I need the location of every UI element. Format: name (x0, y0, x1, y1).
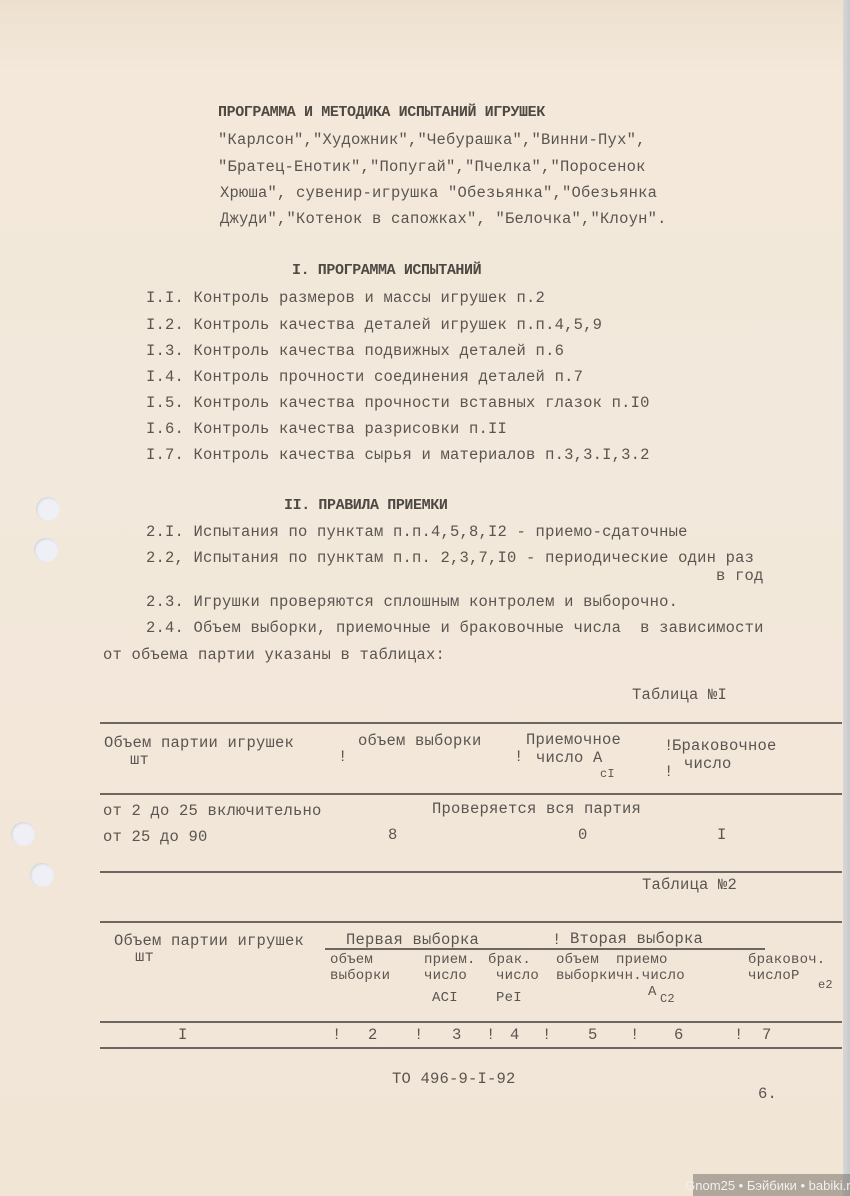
table-header-subcell: A (648, 984, 657, 1000)
table-header-group: Вторая выборка (570, 930, 703, 948)
section-heading: II. ПРАВИЛА ПРИЕМКИ (284, 497, 447, 514)
table-header-subcell: выборки (330, 968, 390, 984)
page-edge (843, 0, 850, 1196)
table-header-cell: шт (135, 948, 154, 966)
table-rule (100, 793, 842, 795)
table-header-subcell: PeI (496, 990, 522, 1006)
section-heading: I. ПРОГРАММА ИСПЫТАНИЙ (292, 262, 481, 279)
table-header-cell: число А (536, 749, 603, 767)
table-separator: ! (514, 748, 524, 766)
column-number: 5 (588, 1026, 598, 1044)
rule-item: 2.3. Игрушки проверяются сплошным контро… (146, 593, 678, 611)
rule-item-continuation: в год (716, 567, 764, 585)
program-item: I.3. Контроль качества подвижных деталей… (146, 342, 564, 360)
table-header-subcell: брак. (488, 952, 531, 968)
table-separator: ! (332, 1026, 342, 1044)
table-header-subcell: приемо (616, 952, 668, 968)
table-rule (100, 722, 842, 724)
table-cell: I (717, 826, 727, 844)
table-caption: Таблица №2 (642, 876, 737, 894)
program-item: I.6. Контроль качества разрисовки п.II (146, 420, 507, 438)
program-item: I.7. Контроль качества сырья и материало… (146, 446, 650, 464)
table-separator: ! (542, 1026, 552, 1044)
toy-list-line: "Братец-Енотик","Попугай","Пчелка","Поро… (218, 158, 646, 176)
table-header-subscript: C2 (660, 992, 675, 1006)
table-header-subcell: ACI (432, 990, 458, 1006)
table-header-subscript: e2 (818, 978, 833, 992)
punch-hole (30, 863, 54, 887)
table-header-subcell: объем (330, 952, 373, 968)
table-cell: от 2 до 25 включительно (103, 802, 322, 820)
column-number: 3 (452, 1026, 462, 1044)
table-rule (100, 921, 842, 923)
table-header-subcell: число (424, 968, 467, 984)
document-code: ТО 496-9-I-92 (392, 1070, 516, 1088)
table-rule (325, 948, 765, 950)
table-separator: ! (414, 1026, 424, 1044)
punch-hole (34, 538, 58, 562)
page-number: 6. (758, 1085, 777, 1103)
table-cell: Проверяется вся партия (432, 800, 641, 818)
column-number: 2 (368, 1026, 378, 1044)
table-rule (100, 1021, 842, 1023)
table-header-subcell: число (496, 968, 539, 984)
program-item: I.4. Контроль прочности соединения детал… (146, 368, 583, 386)
table-rule (100, 1047, 842, 1049)
table-header-subcell: браковоч. (748, 952, 825, 968)
table-header-subcell: числоP (748, 968, 800, 984)
program-item: I.5. Контроль качества прочности вставны… (146, 394, 650, 412)
table-separator: ! (664, 763, 674, 781)
column-number: 4 (510, 1026, 520, 1044)
rule-item: 2.2, Испытания по пунктам п.п. 2,3,7,I0 … (146, 549, 754, 567)
rule-item: 2.4. Объем выборки, приемочные и браково… (146, 619, 764, 637)
document-title: ПРОГРАММА И МЕТОДИКА ИСПЫТАНИЙ ИГРУШЕК (218, 104, 545, 121)
table-cell: 0 (578, 826, 588, 844)
table-separator: ! (630, 1026, 640, 1044)
toy-list-line: "Карлсон","Художник","Чебурашка","Винни-… (218, 131, 646, 149)
table-header-subscript: cI (600, 767, 615, 781)
column-number: 7 (762, 1026, 772, 1044)
program-item: I.I. Контроль размеров и массы игрушек п… (146, 289, 545, 307)
table-header-subcell: объем (556, 952, 599, 968)
table-header-subcell: чн.число (616, 968, 685, 984)
table-cell: от 25 до 90 (103, 828, 208, 846)
rule-item: от объема партии указаны в таблицах: (103, 646, 445, 664)
table-header-cell: число (684, 755, 732, 773)
table-separator: ! (338, 748, 348, 766)
column-number: 6 (674, 1026, 684, 1044)
program-item: I.2. Контроль качества деталей игрушек п… (146, 316, 602, 334)
table-header-group: Первая выборка (346, 931, 479, 949)
table-header-subcell: выборки (556, 968, 616, 984)
table-rule (100, 871, 842, 873)
table-cell: 8 (388, 826, 398, 844)
table-header-subcell: прием. (424, 952, 476, 968)
rule-item: 2.I. Испытания по пунктам п.п.4,5,8,I2 -… (146, 523, 688, 541)
table-separator: ! (552, 931, 562, 949)
table-caption: Таблица №I (632, 686, 727, 704)
table-header-cell: Объем партии игрушек (104, 734, 294, 752)
punch-hole (36, 497, 60, 521)
watermark: Gnom25 • Бэйбики • babiki.ru (693, 1174, 850, 1196)
column-number: I (178, 1026, 188, 1044)
toy-list-line: Джуди","Котенок в сапожках", "Белочка","… (220, 210, 667, 228)
table-header-cell: Браковочное (672, 737, 777, 755)
table-header-cell: Приемочное (526, 731, 621, 749)
table-separator: ! (734, 1026, 744, 1044)
table-header-cell: объем выборки (358, 732, 482, 750)
table-separator: ! (486, 1026, 496, 1044)
toy-list-line: Хрюша", сувенир-игрушка "Обезьянка","Обе… (220, 184, 657, 202)
table-header-cell: шт (130, 751, 149, 769)
punch-hole (11, 822, 35, 846)
